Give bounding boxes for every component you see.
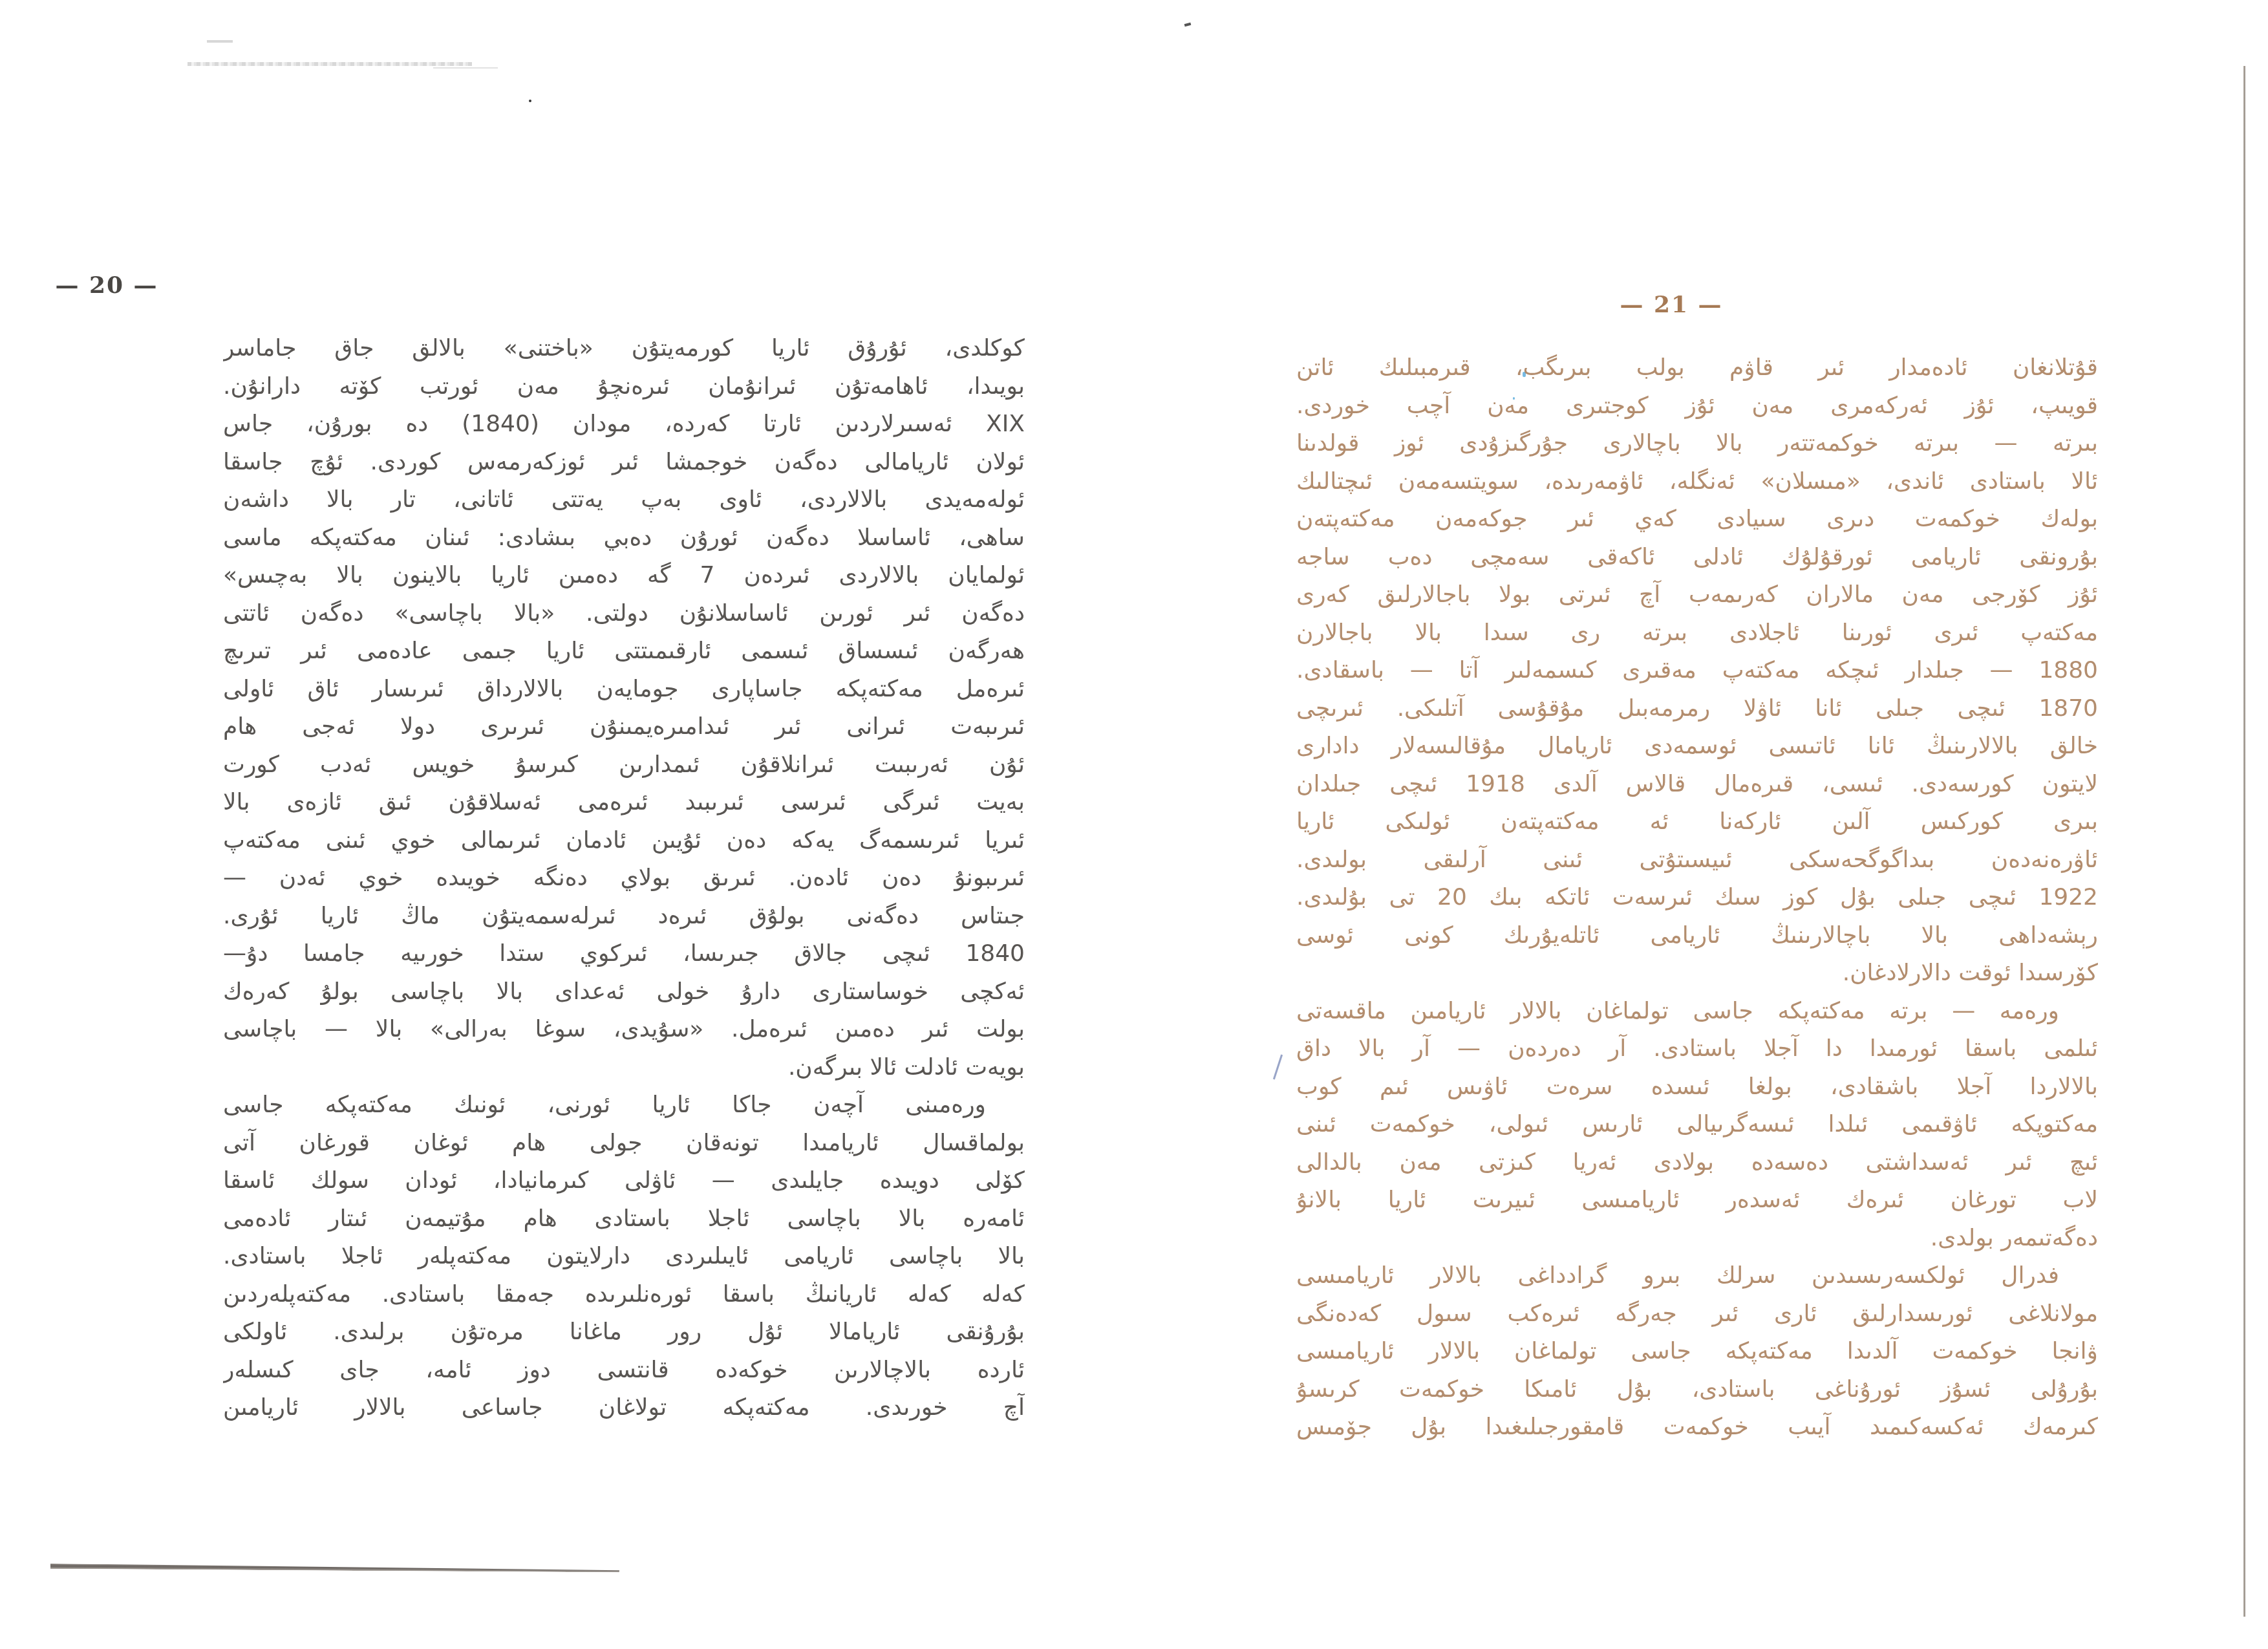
text-line: ئولمايان بالالاردى ئىردەن 7 گە دەمىن ئار… — [223, 557, 1025, 595]
text-line: ئولان ئاريامالى دەگەن خوجمشا ئىر ئوزكەرم… — [223, 444, 1025, 482]
text-line: كوكلدى، ئۇرۇق ئاريا كورمەيتۇن «باختنى» ب… — [223, 330, 1025, 368]
text-block: كوكلدى، ئۇرۇق ئاريا كورمەيتۇن «باختنى» ب… — [223, 330, 1025, 1427]
ink-speck — [529, 100, 531, 102]
text-line: دەگەن ئىر ئورىن ئاساسلانۇن دولتى. «بالا … — [223, 595, 1025, 633]
page-number: — 21 — — [1542, 291, 1801, 318]
scan-artifact — [433, 67, 498, 69]
text-line: مولانلاغى ئورىسدارلىق ئارى ئىر جەرگە ئىر… — [1296, 1295, 2098, 1333]
text-line: ئاردە بالاچالارىن خوكەدە قانتسى دوز ئامە… — [223, 1352, 1025, 1390]
text-line: ئىرەمل مەكتەپكە جاساپارى جومايەن بالالار… — [223, 671, 1025, 709]
text-line: مەكتوپكە ئاۋقىمى ئىلدا ئىسەگرىيالى ئارىس… — [1296, 1106, 2098, 1144]
text-line: ئولەمەيدى بالالاردى، ئاوى بەپ يەتتى ئاتا… — [223, 481, 1025, 519]
scan-artifact — [207, 40, 233, 43]
text-line: ئامەرە بالا باچاسى ئاجلا باستادى ھام مۇت… — [223, 1200, 1025, 1238]
text-line: كۆلى دويىدە جايلىدى — ئاۋلى كىرمانيادا، … — [223, 1162, 1025, 1200]
text-line: خالق بالالارىنىڭ ئانا ئاتىسى ئوسمەدى ئار… — [1296, 727, 2098, 766]
text-line: مەكتەپ ئىرى ئورىنا ئاجلادى بىرتە رى سىدا… — [1296, 614, 2098, 652]
text-line: بولت ئىر دەمىن ئىرەمل. «سۇيدى، سوغا بەرا… — [223, 1011, 1025, 1049]
text-line: ئىلمى باسقا ئورمىدا دا آجلا باستادى. آر … — [1296, 1030, 2098, 1068]
text-line: XIX ئەسىرلاردىن ئارتا كەردە، مودان (1840… — [223, 405, 1025, 444]
text-line: كۆرسىدا ئوقت دالارلادغان. — [1296, 954, 2098, 993]
text-line: بۇرۇلى ئسۇز ئورۇناغى باستادى، بۇل ئامىكا… — [1296, 1371, 2098, 1409]
text-line: جىتاس دەگەنى بولۇق ئىرەد ئىرلەسمەيتۇن ما… — [223, 898, 1025, 936]
text-line: بۇرۇنقى ئاريامالا ئۇل رور ماغانا مرەتۇن … — [223, 1313, 1025, 1352]
text-line: فدرال ئولكسەرىسىدىن سرلك بىرو گرادداغى ب… — [1296, 1257, 2098, 1295]
text-line: كىرمەك ئەكسەكىمىد آيىب خوكمەت قامقورجىلى… — [1296, 1408, 2098, 1447]
text-line: بويەت ئادلت ئالا بىرگەن. — [223, 1049, 1025, 1087]
text-line: بەيت ئىرگى ئىرسى ئىرىبىد ئىرەمى ئەسلاقۇن… — [223, 784, 1025, 822]
text-line: بويىدا، ئاھامەتۇن ئىرانۇمان ئىرەنچۇ مەن … — [223, 368, 1025, 406]
text-line: بىرى كوركىس آلىن ئاركەنا ئە مەكتەپتەن ئو… — [1296, 803, 2098, 841]
text-line: ئۇز كۆرجى مەن مالاران كەرىمەب آچ ئىرتى ب… — [1296, 576, 2098, 614]
text-line: بولماقسال ئاريامىدا تونەقان جولى ھام ئوغ… — [223, 1125, 1025, 1163]
scan-artifact-top-strip — [187, 62, 472, 66]
text-line: آچ خورىدى. مەكتەپكە تولاغان جاساعى بالال… — [223, 1389, 1025, 1427]
text-line: ساھى، ئاساسلا دەگەن ئورۇن دەبي بىشادى: ئ… — [223, 519, 1025, 557]
text-line: ھەرگەن ئىسساق ئىسمى ئارقىمىتتى ئاريا جىم… — [223, 632, 1025, 671]
text-line: ئاۋرەنەدەن بىداگوگحەسكى ئىيسىتۇتى ئىنى آ… — [1296, 841, 2098, 879]
text-line: قۇتلانغان ئادەمدار ئىر قاۋم بولب بىرىگب،… — [1296, 349, 2098, 387]
text-line: ئىچ ئىر ئەسداشتى دەسەدە بولادى ئەريا كىز… — [1296, 1144, 2098, 1182]
text-block: قۇتلانغان ئادەمدار ئىر قاۋم بولب بىرىگب،… — [1296, 349, 2098, 1447]
text-line: 1840 ئىچى جالاق جىرىسا، ئىركوي ستدا خورى… — [223, 935, 1025, 973]
text-line: بۇرونقى ئاريامى ئورقۇلۇك ئادلى ئاكەقى سە… — [1296, 539, 2098, 577]
text-line: قويىپ، ئۇز ئەركەمرى مەن ئۇز كوجتىرى مەن … — [1296, 387, 2098, 426]
text-line: بالا باچاسى ئاريامى ئايىلىردى دارلايتون … — [223, 1238, 1025, 1276]
text-line: كەلە كەلە ئاريانىڭ باسقا ئورەنلىرىدە جەم… — [223, 1276, 1025, 1314]
text-line: ئۇن ئەرىبىت ئىرانلاقۇن ئىمدارىن كىرسۇ خو… — [223, 746, 1025, 784]
text-line: رېشەداھى بالا باچالارىنىڭ ئاريامى ئاتلەي… — [1296, 917, 2098, 955]
text-line: ئالا باستادى ئاندى، «مىسلان» ئەنگلە، ئاۋ… — [1296, 463, 2098, 501]
text-line: بىرتە — بىرتە خوكمەتتەر بالا باچالارى جۇ… — [1296, 425, 2098, 463]
bottom-edge-rule — [50, 1564, 619, 1572]
text-line: ئەكچى خوساستارى دارۇ خولى ئەعداى بالا با… — [223, 973, 1025, 1011]
text-line: 1922 ئىچى جىلى بۇل كوز سىك ئىرسەت ئاتكە … — [1296, 879, 2098, 917]
text-line: ئىريا ئىرىسمەگ يەكە دەن ئۇيىن ئادمان ئىر… — [223, 822, 1025, 860]
text-line: بولەك خوكمەت دىرى سىيادى كەي ئىر جوكەمەن… — [1296, 501, 2098, 539]
pencil-mark — [1273, 1055, 1283, 1080]
text-line: ئىرىبونۇ دەن ئادەن. ئىرىق بولاي دەنگە خو… — [223, 859, 1025, 898]
ink-mark — [1184, 23, 1192, 27]
text-line: لايتون كورسەدى. ئىسى، قىرەمال قالاس آلدى… — [1296, 766, 2098, 804]
text-line: 1880 — جىلدار ئىچكە مەكتەپ مەقىرى كىسمەل… — [1296, 652, 2098, 690]
text-line: ورەمە — برتە مەكتەپكە جاسى تولماغان بالا… — [1296, 993, 2098, 1031]
text-line: ۋانجا خوكمەت آلدىدا مەكتەپكە جاسى تولماغ… — [1296, 1333, 2098, 1371]
text-line: ورەمىنى آچەن جاكا ئاريا ئورنى، ئونىك مەك… — [223, 1086, 1025, 1125]
page-number: — 20 — — [0, 272, 314, 299]
page-edge-line — [2243, 66, 2245, 1617]
text-line: بالالاردا آجلا باشقادى، بولغا ئىسدە سرەت… — [1296, 1068, 2098, 1106]
text-line: لاب تورغان ئىرەك ئەسدەر ئاريامىسى ئىيرىت… — [1296, 1181, 2098, 1220]
text-line: ئىرىبەت ئىرانى ئىر ئىدامىرەيمىنۇن ئىرىرى… — [223, 708, 1025, 746]
text-line: 1870 ئىچى جىلى ئانا ئاۋلا رمرمەبىل مۇقۇس… — [1296, 690, 2098, 728]
text-line: دەگەتىمەر بولدى. — [1296, 1220, 2098, 1258]
